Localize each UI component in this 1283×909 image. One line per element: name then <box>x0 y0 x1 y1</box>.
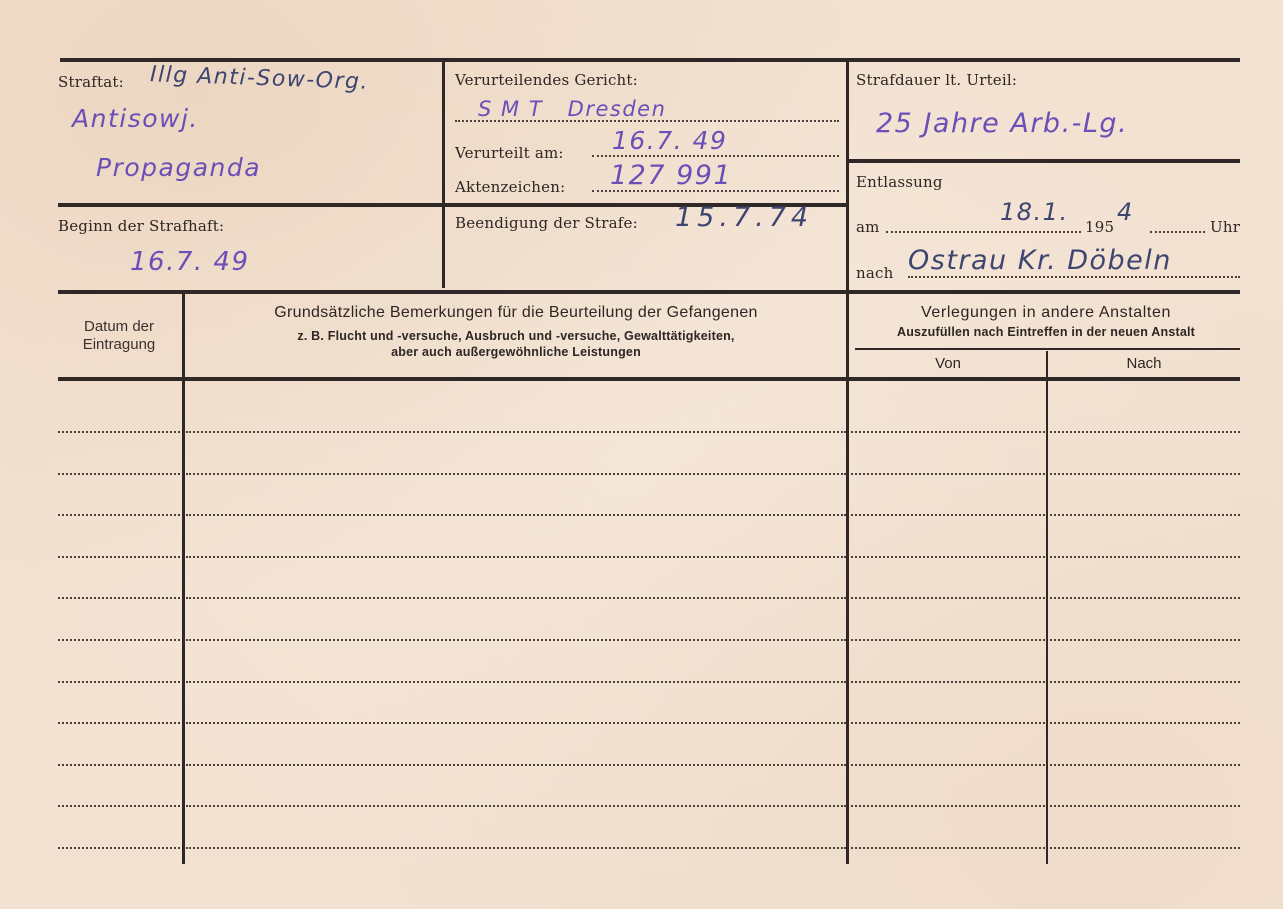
row-dotted-line <box>851 514 1045 516</box>
row-dotted-line <box>58 556 180 558</box>
gericht-label: Verurteilendes Gericht: <box>455 71 638 89</box>
row-dotted-line <box>186 597 846 599</box>
verlegungen-subheader-rule <box>855 348 1240 350</box>
row-dotted-line <box>58 847 180 849</box>
datum-header-line2: Eintragung <box>58 336 180 354</box>
table-divider-von-nach <box>1046 351 1048 864</box>
datum-header-line1: Datum der <box>58 318 180 336</box>
entlassung-nach-value: Ostrau Kr. Döbeln <box>908 245 1172 276</box>
datum-column-header: Datum der Eintragung <box>58 318 180 354</box>
row-dotted-line <box>1050 847 1240 849</box>
entlassung-date-value: 18.1. <box>1000 198 1069 226</box>
row-dotted-line <box>58 639 180 641</box>
beginn-label: Beginn der Strafhaft: <box>58 217 224 235</box>
row-dotted-line <box>1050 431 1240 433</box>
row-dotted-line <box>186 473 846 475</box>
row-dotted-line <box>1050 764 1240 766</box>
row-dotted-line <box>186 681 846 683</box>
verurteilt-am-label: Verurteilt am: <box>455 144 564 162</box>
straftat-value-line3: Propaganda <box>96 153 261 182</box>
entlassung-uhr-dotted-line <box>1150 231 1205 233</box>
strafdauer-label: Strafdauer lt. Urteil: <box>856 71 1017 89</box>
beendigung-label: Beendigung der Strafe: <box>455 214 638 232</box>
row-dotted-line <box>186 431 846 433</box>
rule-header-bottom <box>58 377 1240 381</box>
bemerkungen-header-sub1: z. B. Flucht und -versuche, Ausbruch und… <box>186 329 846 343</box>
row-dotted-line <box>1050 722 1240 724</box>
row-dotted-line <box>851 473 1045 475</box>
row-dotted-line <box>851 639 1045 641</box>
verurteilt-am-dotted-line <box>592 155 839 157</box>
entlassung-nach-label: nach <box>856 264 893 282</box>
rule-mid-right <box>848 159 1240 163</box>
gericht-value: S M T Dresden <box>478 97 666 121</box>
top-border-rule <box>60 58 1240 62</box>
row-dotted-line <box>851 556 1045 558</box>
rule-header-top <box>58 290 1240 294</box>
aktenzeichen-label: Aktenzeichen: <box>455 178 565 196</box>
aktenzeichen-dotted-line <box>592 190 839 192</box>
entlassung-year-suffix: 4 <box>1117 198 1134 226</box>
strafdauer-value: 25 Jahre Arb.-Lg. <box>876 108 1128 139</box>
row-dotted-line <box>186 639 846 641</box>
verlegungen-column-header: Verlegungen in andere Anstalten Auszufül… <box>850 304 1242 339</box>
straftat-value-line2: Antisowj. <box>72 104 199 133</box>
row-dotted-line <box>186 514 846 516</box>
straftat-label: Straftat: <box>58 73 124 91</box>
bemerkungen-header-sub2: aber auch außergewöhnliche Leistungen <box>186 345 846 359</box>
bemerkungen-column-header: Grundsätzliche Bemerkungen für die Beurt… <box>186 304 846 359</box>
row-dotted-line <box>1050 681 1240 683</box>
verlegungen-header-title: Verlegungen in andere Anstalten <box>850 304 1242 322</box>
bemerkungen-header-title: Grundsätzliche Bemerkungen für die Beurt… <box>186 304 846 322</box>
nach-column-header: Nach <box>1048 355 1240 373</box>
row-dotted-line <box>851 681 1045 683</box>
entlassung-am-label: am <box>856 218 880 236</box>
row-dotted-line <box>186 556 846 558</box>
divider-right-upper <box>846 62 849 290</box>
von-column-header: Von <box>850 355 1046 373</box>
straftat-value-line1: Illg Anti-Sow-Org. <box>150 62 370 95</box>
row-dotted-line <box>58 681 180 683</box>
row-dotted-line <box>186 722 846 724</box>
row-dotted-line <box>1050 556 1240 558</box>
row-dotted-line <box>1050 805 1240 807</box>
verlegungen-header-sub: Auszufüllen nach Eintreffen in der neuen… <box>850 325 1242 339</box>
row-dotted-line <box>851 805 1045 807</box>
row-dotted-line <box>186 805 846 807</box>
row-dotted-line <box>851 722 1045 724</box>
row-dotted-line <box>58 597 180 599</box>
row-dotted-line <box>58 431 180 433</box>
beendigung-value: 15.7.74 <box>675 202 813 233</box>
row-dotted-line <box>851 597 1045 599</box>
row-dotted-line <box>186 764 846 766</box>
row-dotted-line <box>58 764 180 766</box>
row-dotted-line <box>1050 639 1240 641</box>
gericht-dotted-line <box>455 120 839 122</box>
verurteilt-am-value: 16.7. 49 <box>612 126 727 155</box>
row-dotted-line <box>851 847 1045 849</box>
row-dotted-line <box>58 514 180 516</box>
entlassung-year-prefix: 195 <box>1085 218 1114 236</box>
entlassung-uhr-label: Uhr <box>1210 218 1240 236</box>
entlassung-date-dotted-line <box>886 231 1081 233</box>
beginn-value: 16.7. 49 <box>130 247 250 277</box>
row-dotted-line <box>58 473 180 475</box>
row-dotted-line <box>1050 473 1240 475</box>
divider-left-upper <box>442 62 445 288</box>
entlassung-label: Entlassung <box>856 173 943 191</box>
row-dotted-line <box>1050 597 1240 599</box>
row-dotted-line <box>851 764 1045 766</box>
row-dotted-line <box>58 805 180 807</box>
aktenzeichen-value: 127 991 <box>610 160 732 191</box>
row-dotted-line <box>186 847 846 849</box>
row-dotted-line <box>1050 514 1240 516</box>
row-dotted-line <box>851 431 1045 433</box>
row-dotted-line <box>58 722 180 724</box>
entlassung-nach-dotted-line <box>908 276 1240 278</box>
